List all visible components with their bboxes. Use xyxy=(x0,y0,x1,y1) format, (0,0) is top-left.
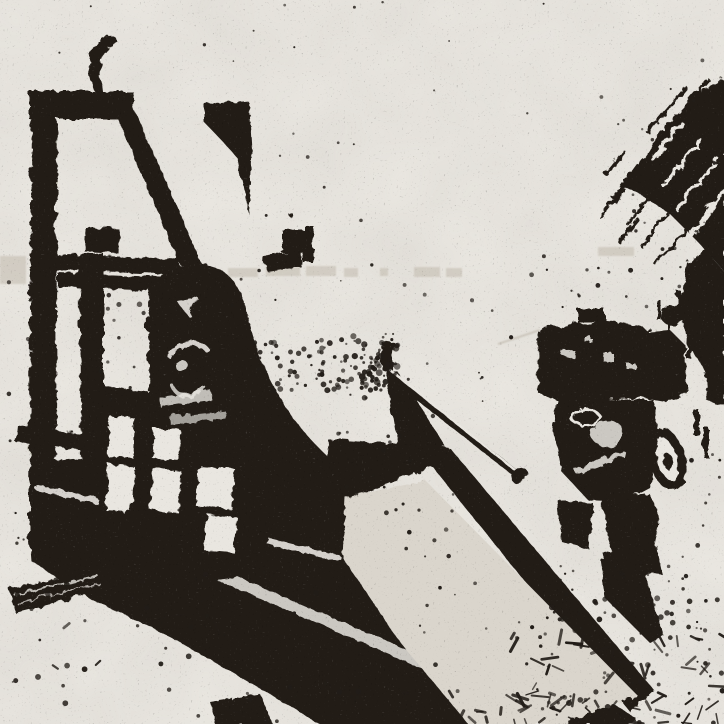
photo-canvas xyxy=(0,0,724,724)
scanned-photograph xyxy=(0,0,724,724)
grain-light-overlay xyxy=(0,0,724,724)
